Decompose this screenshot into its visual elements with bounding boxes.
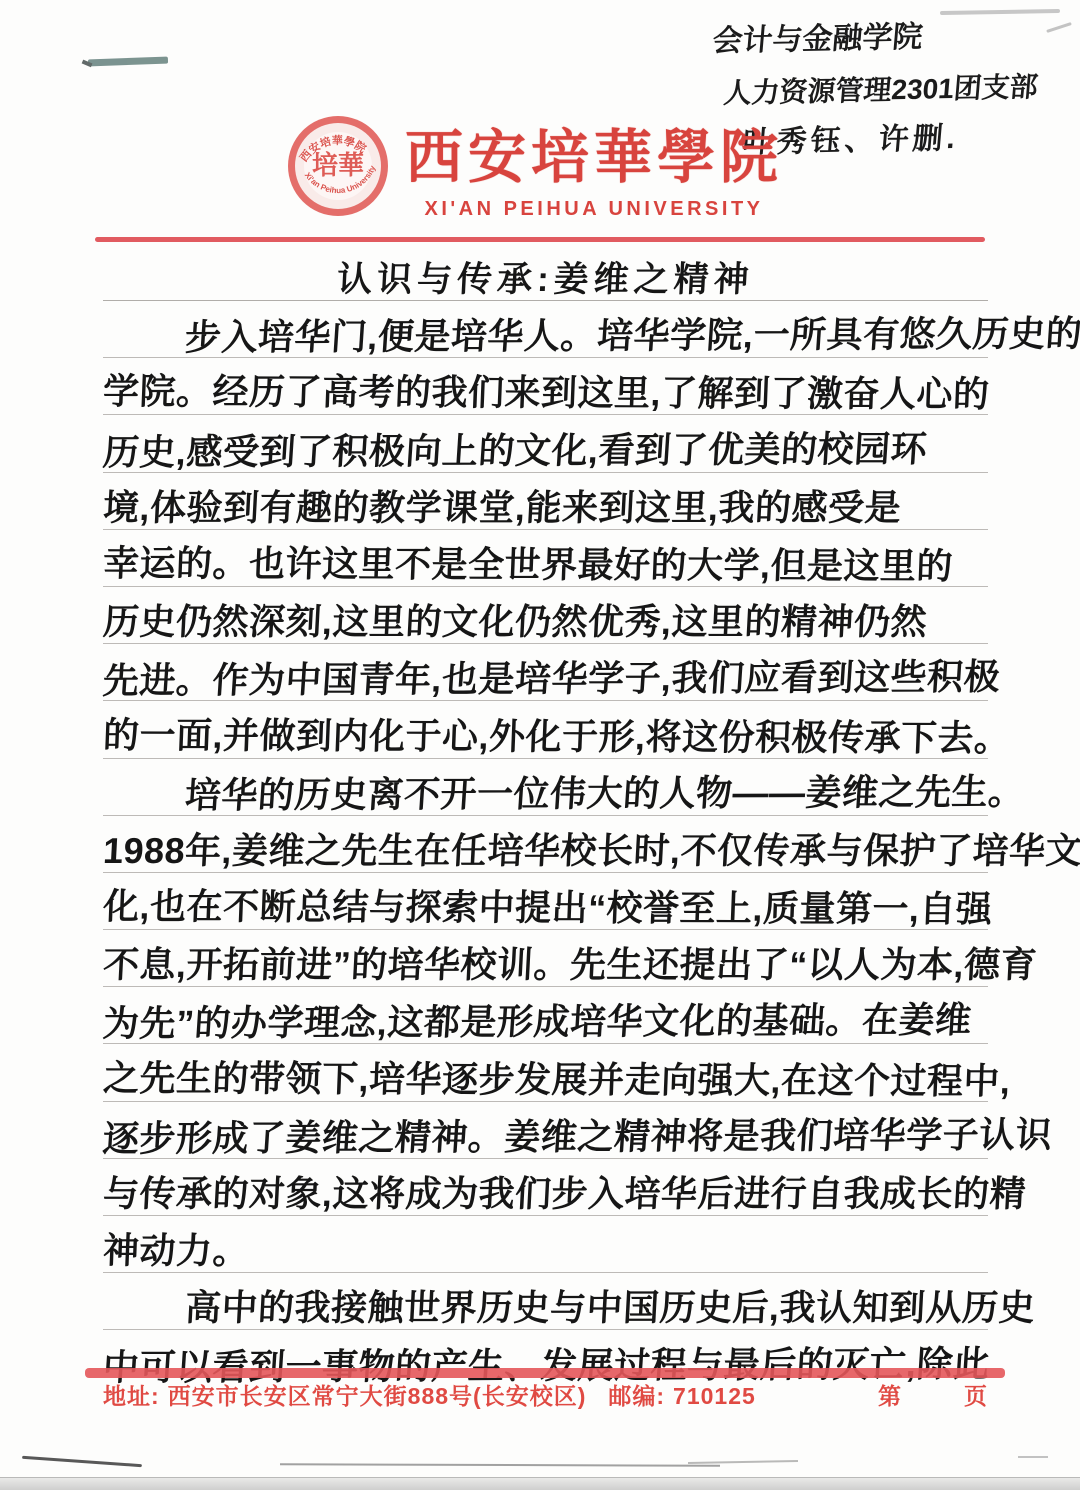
- essay-line-text: 步入培华门,便是培华人。培华学院,一所具有悠久历史的: [102, 316, 1080, 359]
- scan-paper-edge: [1018, 1456, 1048, 1458]
- essay-line: 不息,开拓前进”的培华校训。先生还提出了“以人为本,德育: [103, 930, 988, 987]
- essay-line: 幸运的。也许这里不是全世界最好的大学,但是这里的: [103, 530, 988, 587]
- essay-line: 步入培华门,便是培华人。培华学院,一所具有悠久历史的: [103, 301, 988, 358]
- essay-line: 境,体验到有趣的教学课堂,能来到这里,我的感受是: [103, 473, 988, 530]
- scan-bottom-strip: [0, 1477, 1080, 1490]
- essay-line: 培华的历史离不开一位伟大的人物——姜维之先生。: [103, 759, 988, 816]
- essay-line: 逐步形成了姜维之精神。姜维之精神将是我们培华学子认识: [103, 1102, 988, 1159]
- essay-line: 为先”的办学理念,这都是形成培华文化的基础。在姜维: [103, 987, 988, 1044]
- scan-paper-edge: [280, 1463, 720, 1467]
- essay-line: 高中的我接触世界历史与中国历史后,我认知到从历史: [103, 1273, 988, 1330]
- letterhead: 西安培華學院 Xi'an Peihua University 培華 西安培華學院…: [285, 110, 783, 221]
- postcode-value: 710125: [673, 1383, 756, 1409]
- essay-line: 的一面,并做到内化于心,外化于形,将这份积极传承下去。: [103, 701, 988, 758]
- address-value: 西安市长安区常宁大街888号(长安校区): [168, 1383, 587, 1409]
- bottom-margin-rule: [85, 1368, 1005, 1378]
- essay-line-text: 境,体验到有趣的教学课堂,能来到这里,我的感受是: [102, 490, 902, 529]
- essay-line-text: 培华的历史离不开一位伟大的人物——姜维之先生。: [102, 774, 1026, 817]
- essay-line-text: 之先生的带领下,培华逐步发展并走向强大,在这个过程中,: [102, 1060, 1011, 1102]
- essay-line: 化,也在不断总结与探索中提出“校誉至上,质量第一,自强: [103, 873, 988, 930]
- university-name-en: XI'AN PEIHUA UNIVERSITY: [425, 198, 764, 221]
- essay-line: 先进。作为中国青年,也是培华学子,我们应看到这些积极: [103, 644, 988, 701]
- essay-line-text: 为先”的办学理念,这都是形成培华文化的基础。在姜维: [102, 1003, 973, 1046]
- page-suffix: 页: [964, 1378, 988, 1411]
- scan-paper-edge: [22, 1456, 142, 1467]
- essay-line-text: 的一面,并做到内化于心,外化于形,将这份积极传承下去。: [102, 717, 1011, 759]
- essay-line: 1988年,姜维之先生在任培华校长时,不仅传承与保护了培华文: [103, 816, 988, 873]
- essay-line-text: 逐步形成了姜维之精神。姜维之精神将是我们培华学子认识: [102, 1117, 1054, 1160]
- essay-line-text: 高中的我接触世界历史与中国历史后,我认知到从历史: [102, 1290, 1036, 1329]
- seal-center-text: 培華: [312, 150, 364, 180]
- header-divider-rule: [95, 237, 985, 242]
- page-prefix: 第: [878, 1378, 902, 1411]
- address-label: 地址:: [103, 1383, 160, 1409]
- stationery-footer: 地址:西安市长安区常宁大街888号(长安校区)邮编:710125 第 页: [103, 1378, 988, 1411]
- scan-paper-edge: [688, 1460, 798, 1464]
- essay-line: 之先生的带领下,培华逐步发展并走向强大,在这个过程中,: [103, 1044, 988, 1101]
- essay-line: 与传承的对象,这将成为我们步入培华后进行自我成长的精: [103, 1159, 988, 1216]
- footer-page-number: 第 页: [878, 1378, 988, 1411]
- essay-title-row: 认识与传承:姜维之精神: [103, 256, 988, 301]
- annotation-class: 人力资源管理2301团支部: [722, 61, 1076, 117]
- essay-line: 历史仍然深刻,这里的文化仍然优秀,这里的精神仍然: [103, 587, 988, 644]
- essay-line-text: 不息,开拓前进”的培华校训。先生还提出了“以人为本,德育: [102, 947, 1038, 986]
- essay-line-text: 神动力。: [102, 1233, 249, 1273]
- university-name-cn: 西安培華學院: [405, 110, 783, 194]
- essay-line-text: 历史,感受到了积极向上的文化,看到了优美的校园环: [102, 431, 929, 474]
- postcode-label: 邮编:: [608, 1383, 665, 1409]
- essay-line: 历史,感受到了积极向上的文化,看到了优美的校园环: [103, 415, 988, 472]
- essay-line-text: 1988年,姜维之先生在任培华校长时,不仅传承与保护了培华文: [102, 833, 1080, 872]
- essay-title: 认识与传承:姜维之精神: [336, 262, 755, 300]
- essay-line-text: 学院。经历了高考的我们来到这里,了解到了激奋人心的: [102, 374, 990, 416]
- essay-line: 学院。经历了高考的我们来到这里,了解到了激奋人心的: [103, 358, 988, 415]
- annotation-names: 叶秀钰、许删.: [740, 110, 1076, 170]
- annotation-college: 会计与金融学院: [710, 8, 1074, 68]
- essay-line-text: 幸运的。也许这里不是全世界最好的大学,但是这里的: [102, 545, 953, 587]
- essay-line: 神动力。: [103, 1216, 988, 1273]
- essay-line-text: 化,也在不断总结与探索中提出“校誉至上,质量第一,自强: [102, 889, 993, 931]
- essay-sheet: 认识与传承:姜维之精神 步入培华门,便是培华人。培华学院,一所具有悠久历史的 学…: [103, 256, 988, 1387]
- university-seal-icon: 西安培華學院 Xi'an Peihua University 培華: [285, 112, 391, 220]
- essay-line-text: 历史仍然深刻,这里的文化仍然优秀,这里的精神仍然: [102, 604, 928, 643]
- scan-pen-mark: [88, 57, 168, 67]
- footer-address: 地址:西安市长安区常宁大街888号(长安校区)邮编:710125: [103, 1378, 764, 1411]
- essay-line-text: 与传承的对象,这将成为我们步入培华后进行自我成长的精: [102, 1176, 1027, 1215]
- essay-line-text: 先进。作为中国青年,也是培华学子,我们应看到这些积极: [102, 659, 1002, 702]
